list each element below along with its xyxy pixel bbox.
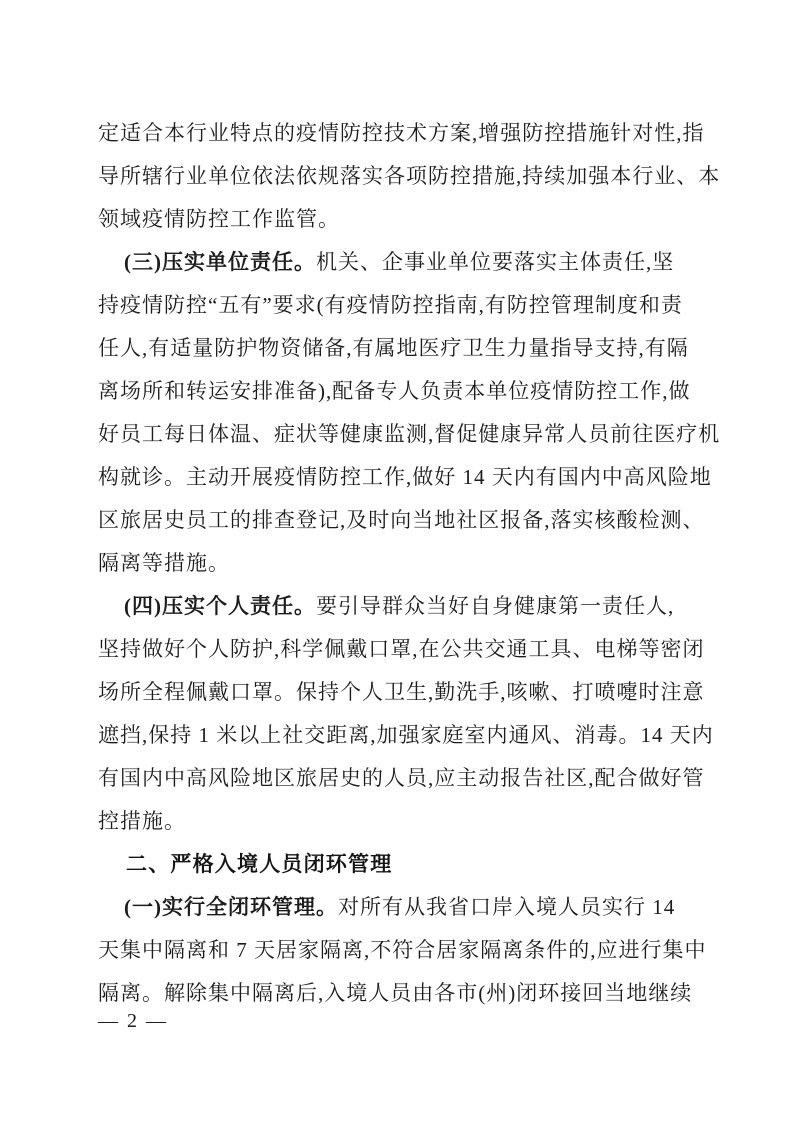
document-body: 定适合本行业特点的疫情防控技术方案,增强防控措施针对性,指 导所辖行业单位依法依… <box>98 112 720 1015</box>
paragraph-continuation: 定适合本行业特点的疫情防控技术方案,增强防控措施针对性,指 导所辖行业单位依法依… <box>98 112 720 241</box>
document-page: 定适合本行业特点的疫情防控技术方案,增强防控措施针对性,指 导所辖行业单位依法依… <box>0 0 800 1132</box>
page-number: — 2 — <box>98 1006 168 1036</box>
paragraph-lead: (四)压实个人责任。 <box>124 594 316 618</box>
paragraph-closed-loop: (一)实行全闭环管理。对所有从我省口岸入境人员实行 14 天集中隔离和 7 天居… <box>98 886 720 1015</box>
paragraph-unit-responsibility: (三)压实单位责任。机关、企事业单位要落实主体责任,坚 持疫情防控“五有”要求(… <box>98 241 720 585</box>
paragraph-text: 机关、企事业单位要落实主体责任,坚 持疫情防控“五有”要求(有疫情防控指南,有防… <box>98 250 720 575</box>
paragraph-text: 要引导群众当好自身健康第一责任人, 坚持做好个人防护,科学佩戴口罩,在公共交通工… <box>98 594 714 833</box>
paragraph-lead: (一)实行全闭环管理。 <box>124 895 338 919</box>
paragraph-personal-responsibility: (四)压实个人责任。要引导群众当好自身健康第一责任人, 坚持做好个人防护,科学佩… <box>98 585 720 843</box>
paragraph-text: 定适合本行业特点的疫情防控技术方案,增强防控措施针对性,指 导所辖行业单位依法依… <box>98 121 720 231</box>
paragraph-lead: (三)压实单位责任。 <box>124 250 316 274</box>
section-heading: 二、严格入境人员闭环管理 <box>98 843 720 886</box>
